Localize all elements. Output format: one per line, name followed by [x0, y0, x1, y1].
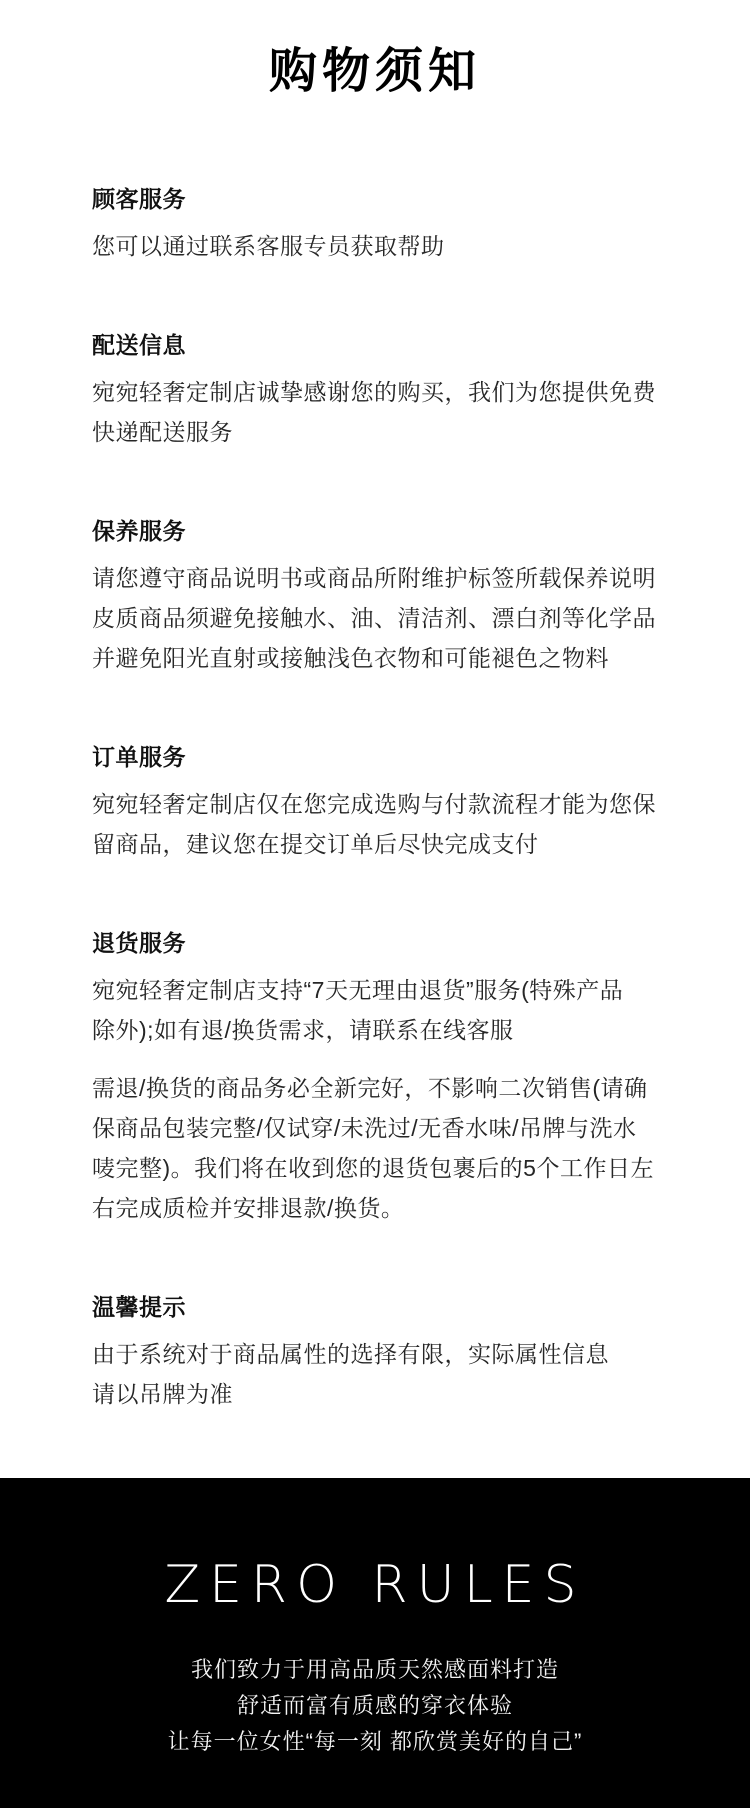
section-heading-return-service: 退货服务 — [92, 928, 660, 958]
section-customer-service: 顾客服务 您可以通过联系客服专员获取帮助 — [92, 184, 660, 266]
slogan-line: 我们致力于用高品质天然感面料打造 — [0, 1652, 750, 1688]
section-heading-order-service: 订单服务 — [92, 742, 660, 772]
section-paragraph: 宛宛轻奢定制店仅在您完成选购与付款流程才能为您保 留商品，建议您在提交订单后尽快… — [92, 784, 660, 864]
section-warm-tips: 温馨提示 由于系统对于商品属性的选择有限，实际属性信息 请以吊牌为准 — [92, 1292, 660, 1414]
slogan-line: 让每一位女性“每一刻 都欣赏美好的自己” — [0, 1724, 750, 1760]
section-return-service: 退货服务 宛宛轻奢定制店支持“7天无理由退货”服务(特殊产品 除外);如有退/换… — [92, 928, 660, 1228]
notice-content: 顾客服务 您可以通过联系客服专员获取帮助 配送信息 宛宛轻奢定制店诚挚感谢您的购… — [0, 102, 750, 1478]
section-heading-shipping-info: 配送信息 — [92, 330, 660, 360]
section-shipping-info: 配送信息 宛宛轻奢定制店诚挚感谢您的购买，我们为您提供免费 快递配送服务 — [92, 330, 660, 452]
section-paragraph: 宛宛轻奢定制店诚挚感谢您的购买，我们为您提供免费 快递配送服务 — [92, 372, 660, 452]
brand-footer: ZERO RULES 我们致力于用高品质天然感面料打造 舒适而富有质感的穿衣体验… — [0, 1478, 750, 1808]
page-title: 购物须知 — [0, 0, 750, 102]
section-heading-warm-tips: 温馨提示 — [92, 1292, 660, 1322]
section-paragraph: 请您遵守商品说明书或商品所附维护标签所载保养说明 皮质商品须避免接触水、油、清洁… — [92, 558, 660, 678]
section-paragraph: 由于系统对于商品属性的选择有限，实际属性信息 请以吊牌为准 — [92, 1334, 660, 1414]
brand-slogans: 我们致力于用高品质天然感面料打造 舒适而富有质感的穿衣体验 让每一位女性“每一刻… — [0, 1652, 750, 1760]
section-care-service: 保养服务 请您遵守商品说明书或商品所附维护标签所载保养说明 皮质商品须避免接触水… — [92, 516, 660, 678]
brand-wordmark: ZERO RULES — [0, 1558, 750, 1612]
section-paragraph: 您可以通过联系客服专员获取帮助 — [92, 226, 660, 266]
section-order-service: 订单服务 宛宛轻奢定制店仅在您完成选购与付款流程才能为您保 留商品，建议您在提交… — [92, 742, 660, 864]
section-paragraph: 宛宛轻奢定制店支持“7天无理由退货”服务(特殊产品 除外);如有退/换货需求，请… — [92, 970, 660, 1050]
section-heading-care-service: 保养服务 — [92, 516, 660, 546]
section-heading-customer-service: 顾客服务 — [92, 184, 660, 214]
section-paragraph: 需退/换货的商品务必全新完好，不影响二次销售(请确 保商品包装完整/仅试穿/未洗… — [92, 1068, 660, 1228]
slogan-line: 舒适而富有质感的穿衣体验 — [0, 1688, 750, 1724]
bottom-white-strip — [0, 1808, 750, 1812]
shopping-notice-page: 购物须知 顾客服务 您可以通过联系客服专员获取帮助 配送信息 宛宛轻奢定制店诚挚… — [0, 0, 750, 1812]
